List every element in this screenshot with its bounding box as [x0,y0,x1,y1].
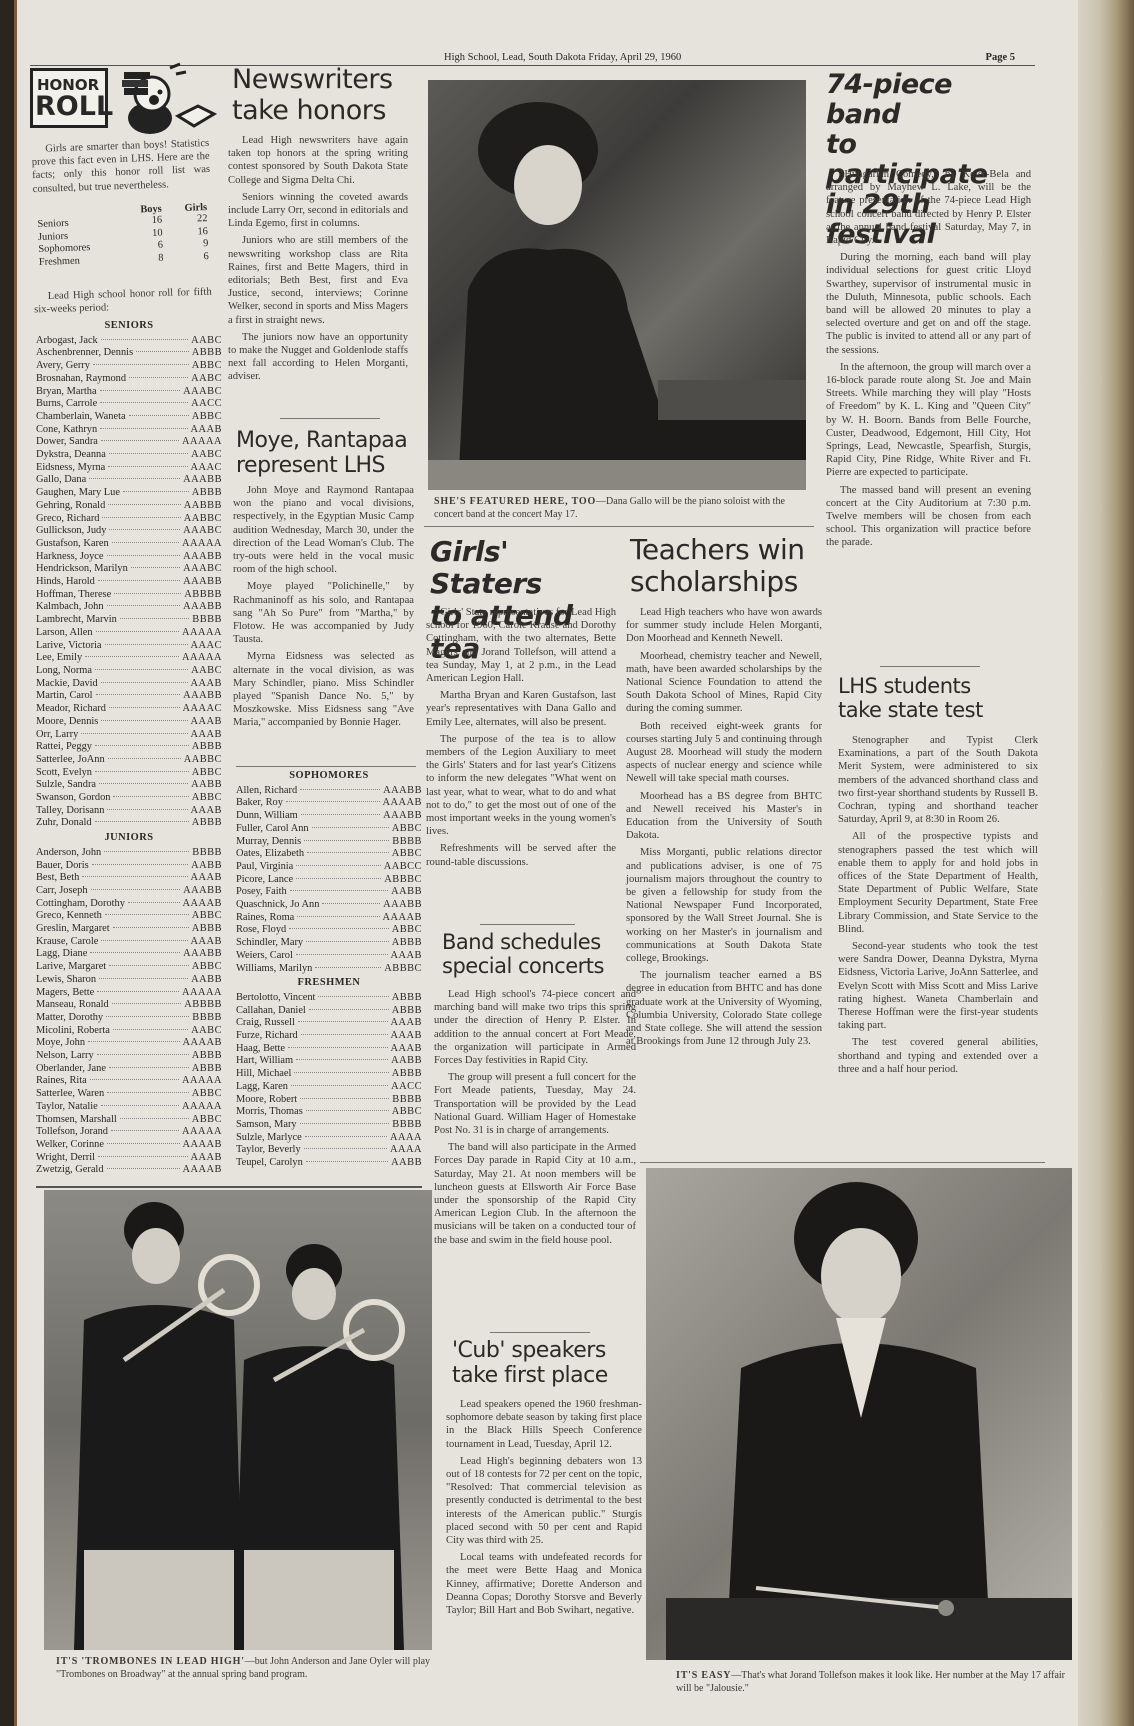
honor-roll-entry: Talley, DorisannAAAB [36,805,222,818]
leader-dots [290,890,388,891]
leader-dots [288,1047,388,1048]
student-grades: AAAAA [182,1126,222,1139]
student-grades: ABBBB [184,589,222,602]
student-grades: AAAC [191,640,222,653]
divider [424,526,814,527]
student-name: Teupel, Carolyn [236,1157,303,1170]
honor-roll-entry: Eidsness, MyrnaAAAC [36,462,222,475]
honor-roll-entry: Kalmbach, JohnAAABB [36,601,222,614]
teachers-article: Lead High teachers who have won awards f… [626,606,822,1053]
leader-dots [307,852,389,853]
student-grades: AABB [191,974,222,987]
leader-dots [97,991,179,992]
student-name: Callahan, Daniel [236,1005,306,1018]
photo-trombones [44,1190,432,1650]
honor-roll-entry: Swanson, GordonABBC [36,792,222,805]
leader-dots [312,827,389,828]
leader-dots [107,1168,180,1169]
student-name: Schindler, Mary [236,937,303,950]
student-name: Orr, Larry [36,729,78,742]
honor-roll-entry: Teupel, CarolynAABB [236,1157,422,1170]
honor-roll-entry: Arbogast, JackAABC [36,335,222,348]
student-grades: AACC [391,1081,422,1094]
student-grades: AAABB [183,474,222,487]
leader-dots [101,440,179,441]
student-grades: AAABB [183,551,222,564]
honor-roll-entry: Picore, LanceABBBC [236,874,422,887]
honor-roll-entry: Cottingham, DorothyAAAAB [36,898,222,911]
leader-dots [95,771,189,772]
student-name: Weiers, Carol [236,950,293,963]
student-name: Martin, Carol [36,690,93,703]
honor-roll-entry: Gullickson, JudyAAABC [36,525,222,538]
honor-roll-entry: Hoffman, ThereseABBBB [36,589,222,602]
student-name: Bryan, Martha [36,386,97,399]
student-name: Anderson, John [36,847,101,860]
leader-dots [95,821,189,822]
honor-roll-entry: Oberlander, JaneABBB [36,1063,222,1076]
student-name: Scott, Evelyn [36,767,92,780]
honor-roll-entry: Satterlee, JoAnnAABBC [36,754,222,767]
honor-roll-entry: Haag, BetteAAAB [236,1043,422,1056]
honor-roll-entry: Chamberlain, WanetaABBC [36,411,222,424]
leader-dots [101,339,188,340]
student-name: Avery, Gerry [36,360,90,373]
student-name: Sulzle, Sandra [36,779,96,792]
student-name: Gaughen, Mary Lue [36,487,120,500]
student-name: Cone, Kathryn [36,424,97,437]
leader-dots [136,351,189,352]
leader-dots [120,618,189,619]
honor-roll-entry: Magers, BetteAAAAA [36,987,222,1000]
honor-roll-entry: Hendrickson, MarilynAAABC [36,563,222,576]
leader-dots [107,555,181,556]
honor-roll-entry: Dower, SandraAAAAA [36,436,222,449]
leader-dots [88,1041,179,1042]
masthead-dateline: High School, Lead, South Dakota Friday, … [444,52,681,63]
student-grades: AABC [191,373,222,386]
student-name: Burns, Carrole [36,398,97,411]
leader-dots [111,1130,179,1131]
juniors-heading: JUNIORS [36,832,222,845]
honor-roll-entry: Mackie, DavidAAAB [36,678,222,691]
leader-dots [109,453,188,454]
honor-roll-entry: Raines, RomaAAAAB [236,912,422,925]
honor-roll-intro: Girls are smarter than boys! Statistics … [31,137,211,200]
student-name: Magers, Bette [36,987,94,1000]
student-name: Zuhr, Donald [36,817,92,830]
honor-roll-entry: Bertolotto, VincentABBB [236,992,422,1005]
honor-roll-entry: Welker, CorinneAAAAB [36,1139,222,1152]
honor-roll-entry: Brosnahan, RaymondAABC [36,373,222,386]
student-grades: AABBC [184,754,222,767]
student-name: Zwetzig, Gerald [36,1164,104,1177]
student-grades: ABBC [192,910,222,923]
student-name: Lambrecht, Marvin [36,614,117,627]
honor-roll-entry: Hinds, HaroldAAABB [36,576,222,589]
honor-roll-entry: Gallo, DanaAAABB [36,474,222,487]
student-grades: BBBB [192,614,222,627]
honor-roll-entry: Paul, VirginiaAABCC [236,861,422,874]
honor-roll-list-right: SOPHOMORES Allen, RichardAAABBBaker, Roy… [236,768,422,1170]
honor-roll-entry: Bryan, MarthaAAABC [36,386,222,399]
student-name: Greco, Kenneth [36,910,102,923]
honor-roll-entry: Orr, LarryAAAB [36,729,222,742]
leader-dots [99,783,188,784]
student-grades: AABB [391,1157,422,1170]
student-grades: AABC [191,449,222,462]
leader-dots [300,1123,390,1124]
sophomores-heading: SOPHOMORES [236,770,422,783]
cub-speakers-article: Lead speakers opened the 1960 freshman-s… [446,1398,642,1621]
divider [36,1186,422,1188]
student-grades: BBBB [392,1094,422,1107]
leader-dots [100,390,181,391]
student-grades: AAABB [383,785,422,798]
leader-dots [108,466,187,467]
student-name: Meador, Richard [36,703,106,716]
honor-roll-entry: Craig, RussellAAAB [236,1017,422,1030]
student-grades: AAAB [391,1030,422,1043]
photo-piano-caption: SHE'S FEATURED HERE, TOO—Dana Gallo will… [434,496,814,521]
student-name: Baker, Roy [236,797,283,810]
student-grades: ABBC [392,1106,422,1119]
student-grades: AAAAA [182,627,222,640]
student-grades: ABBC [392,924,422,937]
student-grades: AAAAA [182,436,222,449]
student-with-books-icon [110,60,220,140]
student-name: Lagg, Diane [36,948,87,961]
student-grades: ABBBC [384,963,422,976]
honor-roll-entry: Rattei, PeggyABBB [36,741,222,754]
honor-roll-logo: HONOR ROLL [30,68,108,128]
honor-roll-entry: Morris, ThomasABBC [236,1106,422,1119]
student-grades: ABBC [392,823,422,836]
leader-dots [95,745,189,746]
girls-staters-article: Girls' State representatives for Lead Hi… [426,606,616,873]
student-name: Dykstra, Deanna [36,449,106,462]
student-name: Larive, Margaret [36,961,106,974]
newswriters-article: Lead High newswriters have again taken t… [228,134,408,388]
leader-dots [96,631,179,632]
student-grades: AAAB [391,950,422,963]
leader-dots [109,965,189,966]
student-name: Murray, Dennis [236,836,301,849]
leader-dots [298,1021,388,1022]
student-grades: BBBB [192,1012,222,1025]
piano-player-illustration [428,80,806,490]
student-name: Swanson, Gordon [36,792,110,805]
honor-roll-entry: Lewis, SharonAABB [36,974,222,987]
student-grades: AAAAB [183,1164,222,1177]
leader-dots [104,851,189,852]
honor-roll-entry: Best, BethAAAB [36,872,222,885]
honor-roll-entry: Posey, FaithAABB [236,886,422,899]
band-schedules-headline: Band schedules special concerts [442,930,632,978]
student-name: Larson, Allen [36,627,93,640]
leader-dots [109,1067,189,1068]
honor-roll-entry: Moore, DennisAAAB [36,716,222,729]
student-grades: AAABC [183,386,222,399]
student-name: Welker, Corinne [36,1139,104,1152]
leader-dots [93,364,189,365]
student-grades: AAABB [183,576,222,589]
honor-roll-entry: Hart, WilliamAABB [236,1055,422,1068]
student-name: Sulzle, Marlyce [236,1132,302,1145]
student-name: Chamberlain, Waneta [36,411,126,424]
leader-dots [305,1136,387,1137]
leader-dots [90,1079,179,1080]
student-grades: ABBB [392,992,422,1005]
leader-dots [128,902,180,903]
student-name: Micolini, Roberta [36,1025,110,1038]
leader-dots [109,529,180,530]
student-grades: AAAAC [183,703,222,716]
student-name: Paul, Virginia [236,861,293,874]
honor-roll-entry: Greco, KennethABBC [36,910,222,923]
honor-roll-list-left: SENIORS Arbogast, JackAABCAschenbrenner,… [36,318,222,1177]
student-name: Posey, Faith [236,886,287,899]
band-festival-article: "Hungarian Comedy," by Keler-Bela and ar… [826,168,1031,554]
honor-roll-entry: Oates, ElizabethABBC [236,848,422,861]
student-grades: BBBB [392,836,422,849]
student-grades: ABBB [192,741,222,754]
leader-dots [315,967,381,968]
student-grades: ABBB [392,1005,422,1018]
student-name: Greco, Richard [36,513,99,526]
student-name: Gallo, Dana [36,474,86,487]
juniors-list: Anderson, JohnBBBBBauer, DorisAABBBest, … [36,847,222,1177]
leader-dots [109,707,180,708]
leader-dots [129,415,189,416]
honor-roll-logo-line1: HONOR [33,71,105,93]
leader-dots [89,478,180,479]
student-grades: AAAAB [383,797,422,810]
student-grades: ABBC [192,411,222,424]
student-name: Cottingham, Dorothy [36,898,125,911]
student-grades: AAABB [183,690,222,703]
student-name: Larive, Victoria [36,640,102,653]
student-name: Taylor, Natalie [36,1101,98,1114]
student-name: Aschenbrenner, Dennis [36,347,133,360]
student-name: Oberlander, Jane [36,1063,106,1076]
leader-dots [113,927,189,928]
honor-roll-entry: Raines, RitaAAAAA [36,1075,222,1088]
leader-dots [101,682,188,683]
student-grades: AABB [391,1055,422,1068]
leader-dots [294,1072,388,1073]
honor-roll-entry: Greslin, MargaretABBB [36,923,222,936]
honor-roll-entry: Gehring, RonaldAABBB [36,500,222,513]
leader-dots [82,876,187,877]
student-name: Kalmbach, John [36,601,104,614]
leader-dots [96,694,181,695]
honor-roll-entry: Schindler, MaryABBB [236,937,422,950]
honor-roll-entry: Lambrecht, MarvinBBBB [36,614,222,627]
student-name: Manseau, Ronald [36,999,109,1012]
student-grades: AAABB [383,810,422,823]
student-grades: AAAAB [183,1037,222,1050]
divider [280,418,380,419]
student-grades: AABBB [184,500,222,513]
student-grades: AAAAB [383,912,422,925]
student-name: Wright, Derril [36,1152,95,1165]
honor-roll-entry: Taylor, NatalieAAAAA [36,1101,222,1114]
honor-roll-entry: Weiers, CarolAAAB [236,950,422,963]
student-name: Williams, Marilyn [236,963,312,976]
leader-dots [112,1003,182,1004]
honor-roll-entry: Taylor, BeverlyAAAA [236,1144,422,1157]
student-grades: AAAB [191,729,222,742]
student-name: Allen, Richard [236,785,297,798]
leader-dots [296,1059,388,1060]
student-grades: ABBC [192,1088,222,1101]
honor-roll-entry: Sulzle, MarlyceAAAA [236,1132,422,1145]
student-grades: AAABB [183,885,222,898]
leader-dots [123,491,189,492]
honor-roll-entry: Lagg, DianeAAABB [36,948,222,961]
student-grades: AABB [391,886,422,899]
student-grades: AAABC [183,525,222,538]
student-grades: AABCC [384,861,422,874]
leader-dots [289,928,388,929]
student-grades: BBBB [192,847,222,860]
honor-roll-entry: Bauer, DorisAABB [36,860,222,873]
honor-roll-entry: Moye, JohnAAAAB [36,1037,222,1050]
honor-roll-entry: Sulzle, SandraAABB [36,779,222,792]
leader-dots [102,517,180,518]
honor-roll-entry: Gaughen, Mary LueABBB [36,487,222,500]
student-grades: ABBB [192,923,222,936]
student-grades: AAABB [183,948,222,961]
student-name: Harkness, Joyce [36,551,104,564]
leader-dots [101,720,187,721]
student-name: Best, Beth [36,872,79,885]
student-grades: AAABB [383,899,422,912]
page-number: Page 5 [986,52,1015,63]
honor-roll-entry: Tollefson, JorandAAAAA [36,1126,222,1139]
leader-dots [131,567,180,568]
honor-roll-entry: Moore, RobertBBBB [236,1094,422,1107]
student-grades: BBBB [392,1119,422,1132]
leader-dots [97,1054,189,1055]
leader-dots [90,952,180,953]
student-grades: AAAB [191,678,222,691]
student-grades: ABBB [392,937,422,950]
honor-roll-entry: Rose, FloydABBC [236,924,422,937]
teachers-headline: Teachers win scholarships [630,534,830,598]
student-grades: AAAC [191,462,222,475]
student-name: Taylor, Beverly [236,1144,301,1157]
leader-dots [105,644,188,645]
student-grades: ABBC [192,792,222,805]
honor-roll-entry: Samson, MaryBBBB [236,1119,422,1132]
leader-dots [309,1009,389,1010]
lhs-test-headline: LHS students take state test [838,674,1028,722]
student-name: Krause, Carole [36,936,98,949]
student-name: Satterlee, Waren [36,1088,104,1101]
divider [880,666,980,667]
student-name: Moore, Robert [236,1094,297,1107]
leader-dots [91,889,181,890]
leader-dots [101,940,187,941]
student-name: Bauer, Doris [36,860,89,873]
honor-roll-lead: Lead High school honor roll for fifth si… [34,286,213,321]
student-name: Hinds, Harold [36,576,95,589]
xylophone-player-illustration [646,1168,1072,1660]
honor-roll-entry: Dunn, WilliamAAABB [236,810,422,823]
student-name: Brosnahan, Raymond [36,373,126,386]
honor-roll-entry: Callahan, DanielABBB [236,1005,422,1018]
student-grades: AABB [191,779,222,792]
leader-dots [304,1148,387,1149]
student-grades: ABBC [192,961,222,974]
honor-roll-entry: Burns, CarroleAACC [36,398,222,411]
leader-dots [99,978,188,979]
student-grades: ABBC [392,848,422,861]
leader-dots [306,941,389,942]
student-grades: AAAB [191,424,222,437]
student-grades: ABBC [192,360,222,373]
student-grades: ABBBC [384,874,422,887]
sophomores-list: Allen, RichardAAABBBaker, RoyAAAABDunn, … [236,785,422,976]
student-grades: AAAB [391,1017,422,1030]
student-grades: ABBB [192,817,222,830]
student-name: Matter, Dorothy [36,1012,103,1025]
leader-dots [106,1016,189,1017]
honor-roll-entry: Carr, JosephAAABB [36,885,222,898]
honor-roll-entry: Micolini, RobertaAABC [36,1025,222,1038]
leader-dots [107,1092,188,1093]
moye-article: John Moye and Raymond Rantapaa won the p… [233,484,414,734]
leader-dots [107,809,187,810]
student-grades: AAAAB [183,898,222,911]
seniors-heading: SENIORS [36,320,222,333]
student-grades: AAAAA [182,652,222,665]
photo-xylophone [646,1168,1072,1660]
honor-roll-entry: Dykstra, DeannaAABC [36,449,222,462]
honor-roll-entry: Zwetzig, GeraldAAAAB [36,1164,222,1177]
freshmen-list: Bertolotto, VincentABBBCallahan, DanielA… [236,992,422,1170]
student-name: Picore, Lance [236,874,293,887]
leader-dots [112,542,179,543]
leader-dots [120,1118,189,1119]
band-schedules-article: Lead High school's 74-piece concert and … [434,988,636,1251]
student-name: Talley, Dorisann [36,805,104,818]
honor-roll-entry: Larson, AllenAAAAA [36,627,222,640]
leader-dots [107,1143,180,1144]
student-grades: AAAB [191,716,222,729]
student-name: Raines, Rita [36,1075,87,1088]
student-name: Raines, Roma [236,912,294,925]
student-name: Haag, Bette [236,1043,285,1056]
student-grades: AABBC [184,513,222,526]
honor-roll-entry: Lagg, KarenAACC [236,1081,422,1094]
student-name: Thomsen, Marshall [36,1114,117,1127]
student-grades: ABBC [192,767,222,780]
honor-roll-entry: Allen, RichardAAABB [236,785,422,798]
student-name: Eidsness, Myrna [36,462,105,475]
honor-roll-entry: Martin, CarolAAABB [36,690,222,703]
student-grades: AAABC [183,563,222,576]
honor-roll-entry: Anderson, JohnBBBB [36,847,222,860]
leader-dots [306,1161,388,1162]
lhs-test-article: Stenographer and Typist Clerk Examinatio… [838,734,1038,1080]
student-grades: AAABB [183,601,222,614]
student-name: Gullickson, Judy [36,525,106,538]
student-name: Gehring, Ronald [36,500,105,513]
honor-roll-entry: Krause, CaroleAAAB [36,936,222,949]
